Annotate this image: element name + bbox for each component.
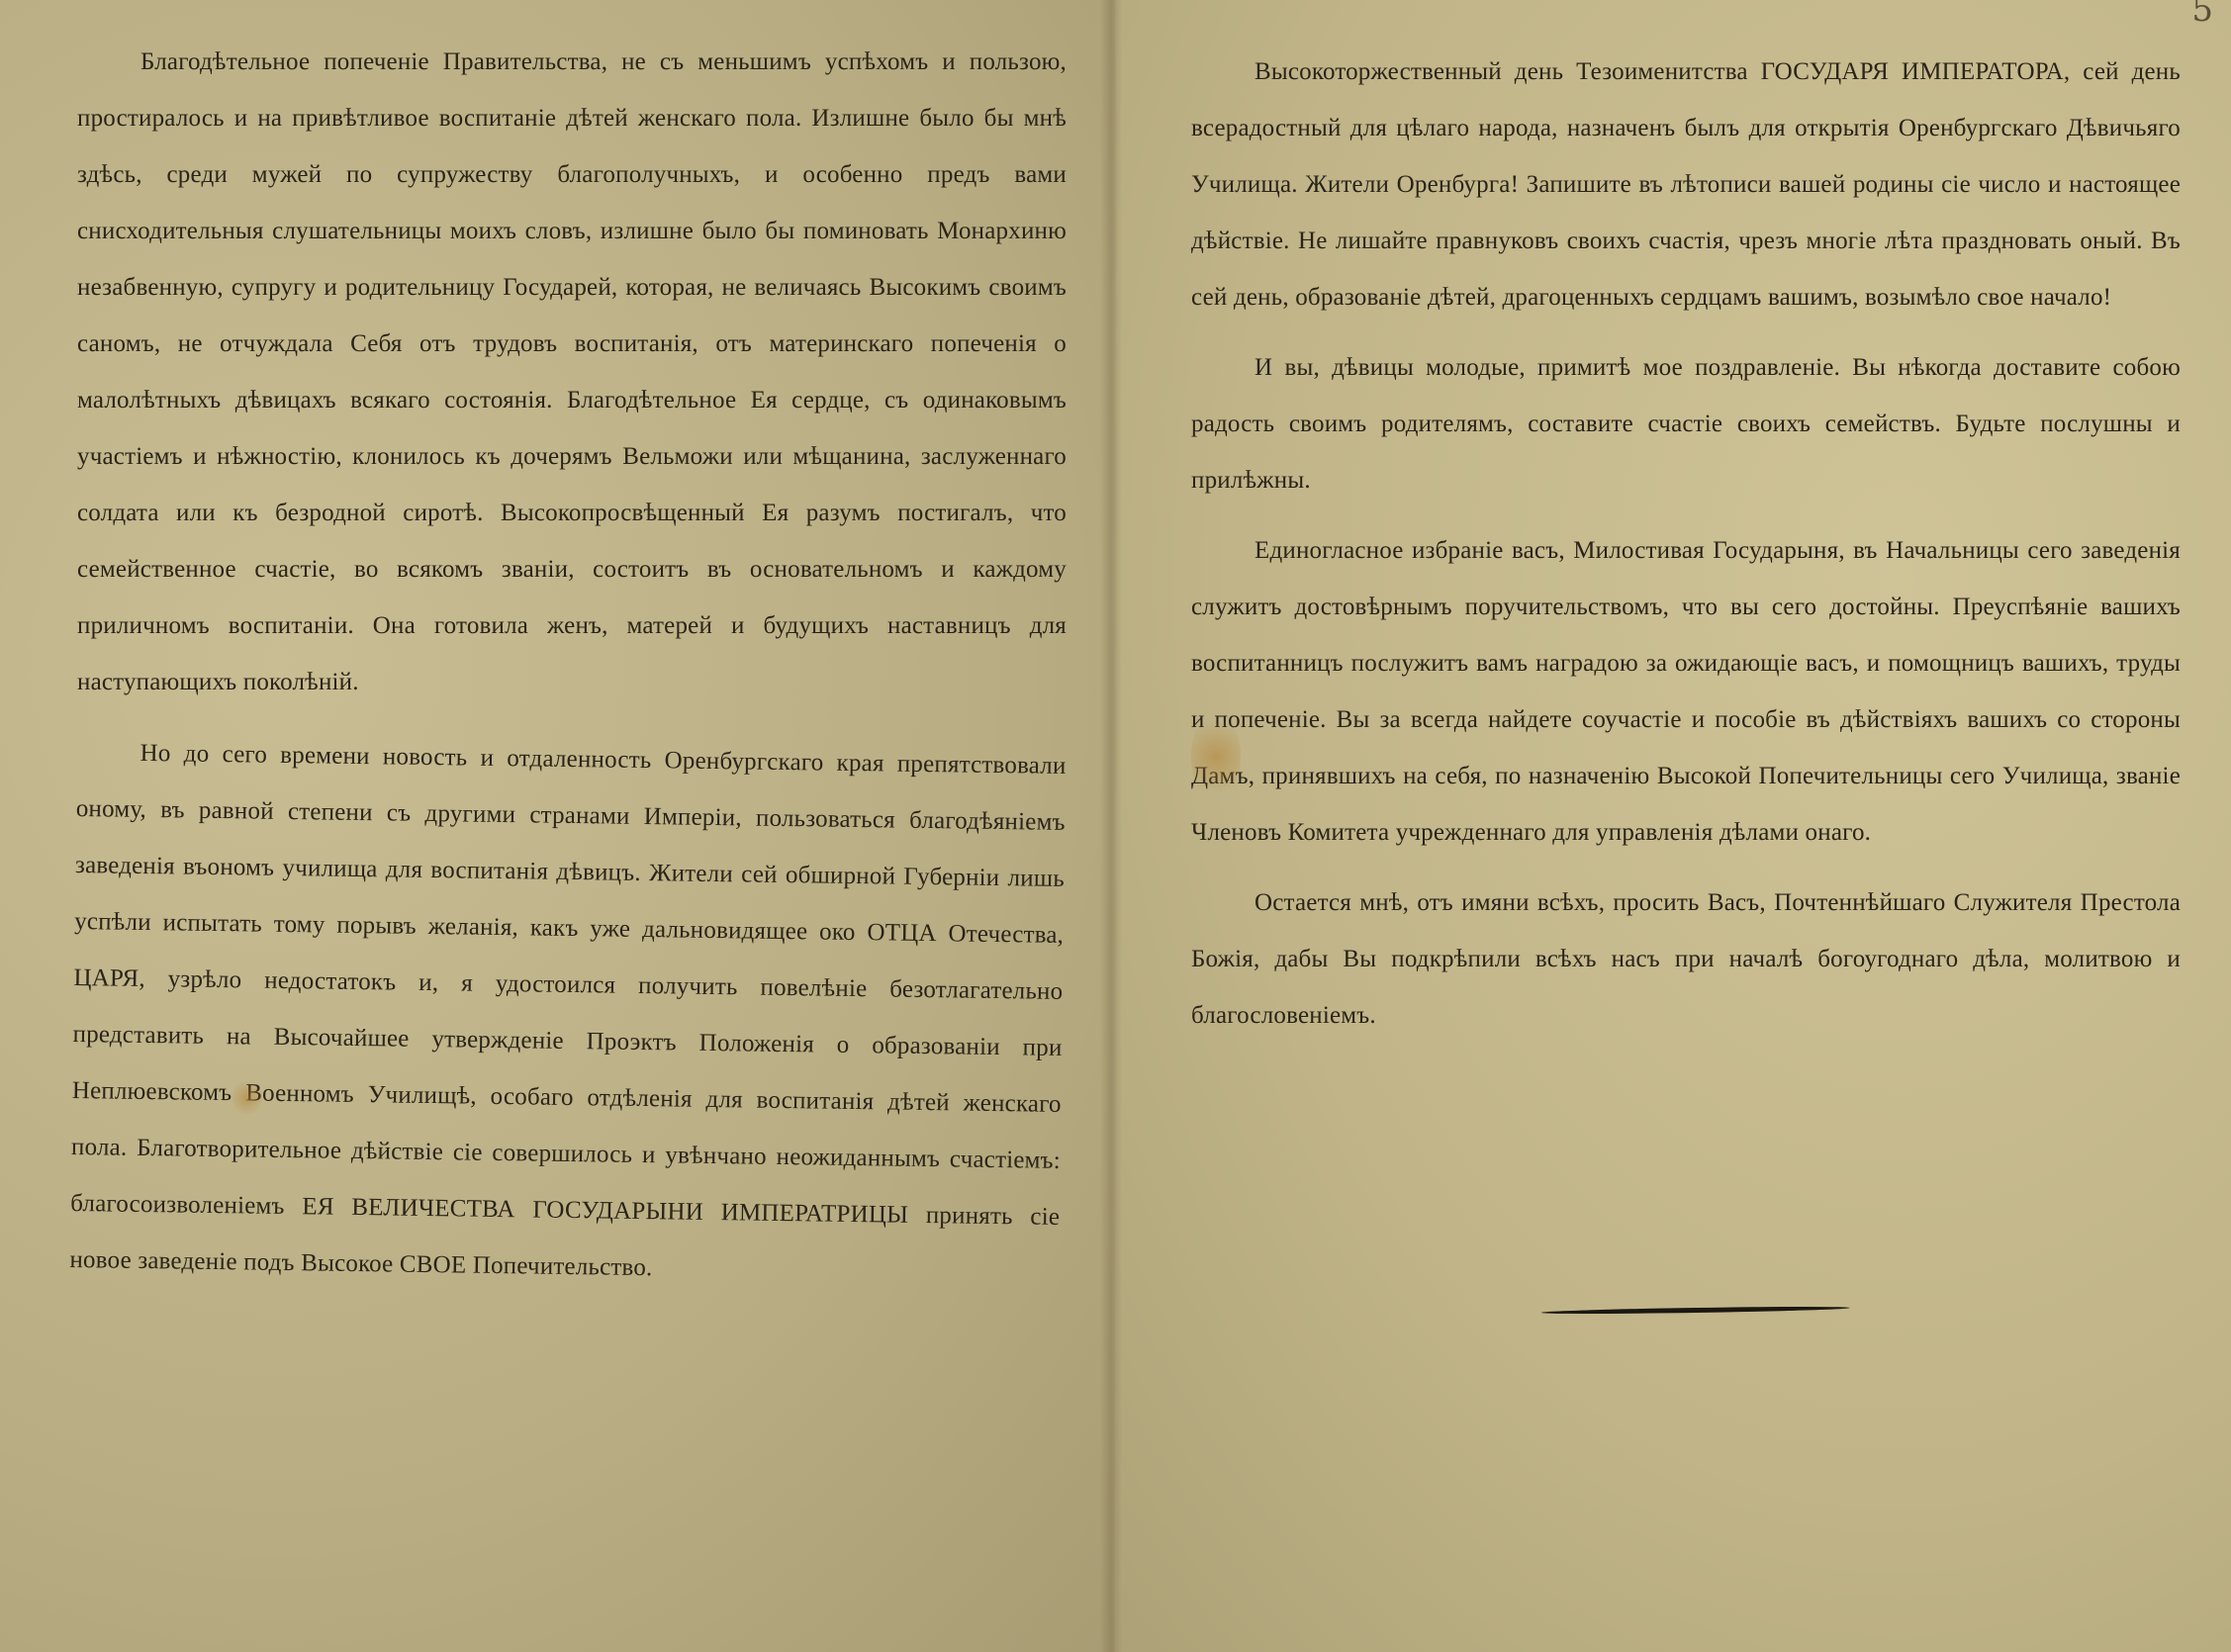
right-paragraph-1: Высокоторжественный день Тезоименитства … [1191,44,2181,325]
page-number: 5 [2191,0,2213,30]
book-spread: Благодѣтельное попеченіе Правительства, … [0,0,2231,1652]
paper-stain [1191,712,1241,801]
paper-stain [232,1078,262,1118]
left-paragraph-2: Но до сего времени новость и отдаленност… [69,724,1067,1302]
left-page-text: Благодѣтельное попеченіе Правительства, … [77,34,1067,1302]
right-page-text: Высокоторжественный день Тезоименитства … [1191,44,2181,1057]
left-page: Благодѣтельное попеченіе Правительства, … [0,0,1100,1652]
right-page: 5 Высокоторжественный день Тезоименитств… [1122,0,2231,1652]
right-paragraph-2: И вы, дѣвицы молодые, примитѣ мое поздра… [1191,339,2181,508]
left-paragraph-1: Благодѣтельное попеченіе Правительства, … [77,34,1067,710]
right-paragraph-4: Остается мнѣ, отъ имяни всѣхъ, просить В… [1191,874,2181,1044]
right-paragraph-3: Единогласное избраніе васъ, Милостивая Г… [1191,522,2181,861]
book-gutter [1100,0,1122,1652]
